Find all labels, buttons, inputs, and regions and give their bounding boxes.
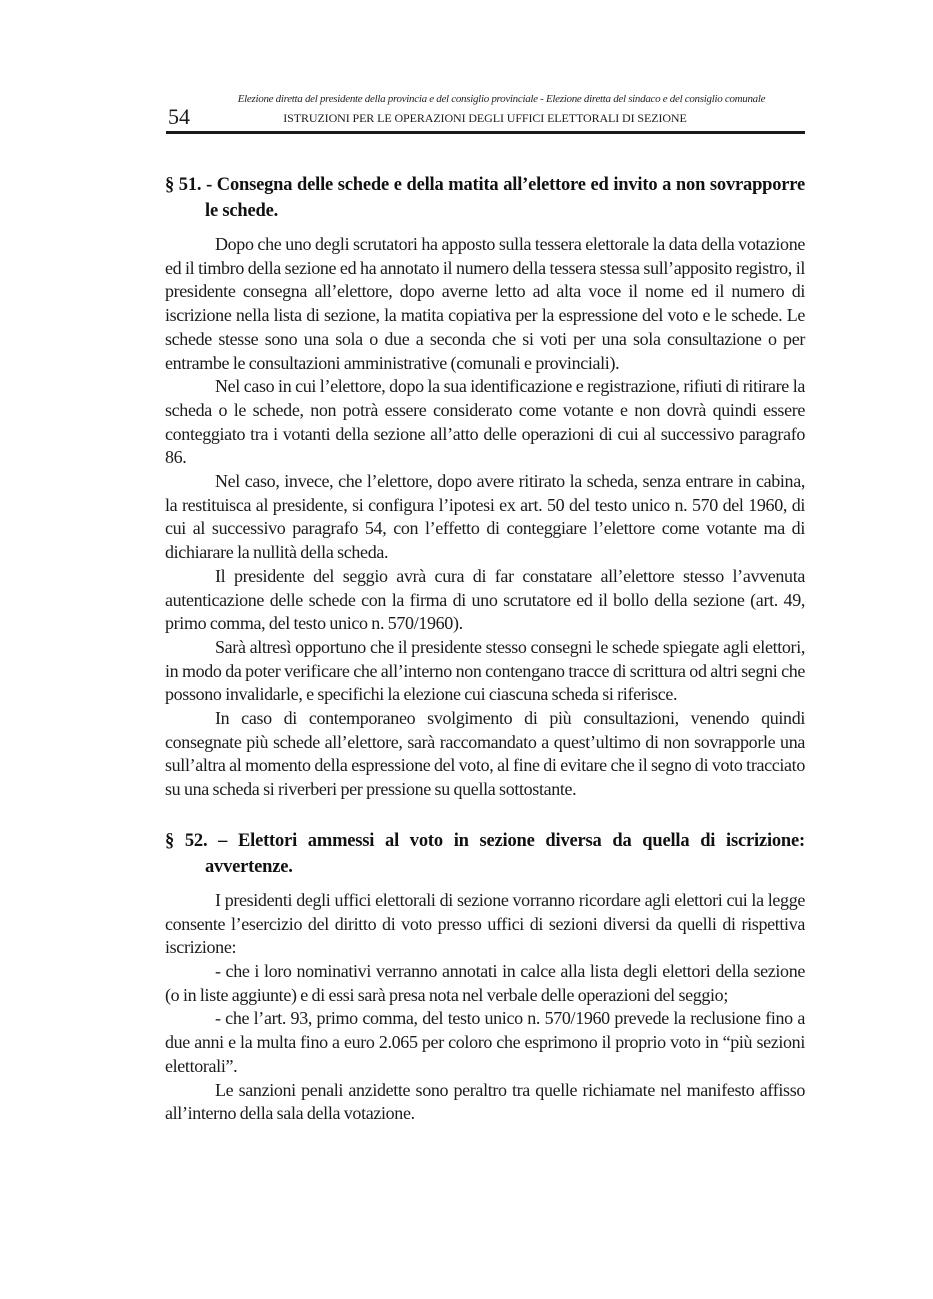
paragraph: Sarà altresì opportuno che il presidente…	[165, 636, 805, 707]
running-head-caps: ISTRUZIONI PER LE OPERAZIONI DEGLI UFFIC…	[165, 111, 805, 126]
header-rule	[166, 131, 805, 134]
paragraph: Il presidente del seggio avrà cura di fa…	[165, 565, 805, 636]
paragraph: In caso di contemporaneo svolgimento di …	[165, 707, 805, 802]
paragraph: Dopo che uno degli scrutatori ha apposto…	[165, 233, 805, 375]
paragraph: Le sanzioni penali anzidette sono peralt…	[165, 1079, 805, 1126]
paragraph: I presidenti degli uffici elettorali di …	[165, 889, 805, 960]
list-item-paragraph: - che l’art. 93, primo comma, del testo …	[165, 1007, 805, 1078]
paragraph: Nel caso, invece, che l’elettore, dopo a…	[165, 470, 805, 565]
list-item-paragraph: - che i loro nominativi verranno annotat…	[165, 960, 805, 1007]
running-head-italic: Elezione diretta del presidente della pr…	[183, 93, 820, 105]
paragraph: Nel caso in cui l’elettore, dopo la sua …	[165, 375, 805, 470]
document-page: Elezione diretta del presidente della pr…	[0, 0, 933, 1299]
section-52-heading: § 52. – Elettori ammessi al voto in sezi…	[165, 828, 805, 880]
section-51-heading: § 51. - Consegna delle schede e della ma…	[165, 172, 805, 224]
page-body: § 51. - Consegna delle schede e della ma…	[165, 172, 805, 1126]
